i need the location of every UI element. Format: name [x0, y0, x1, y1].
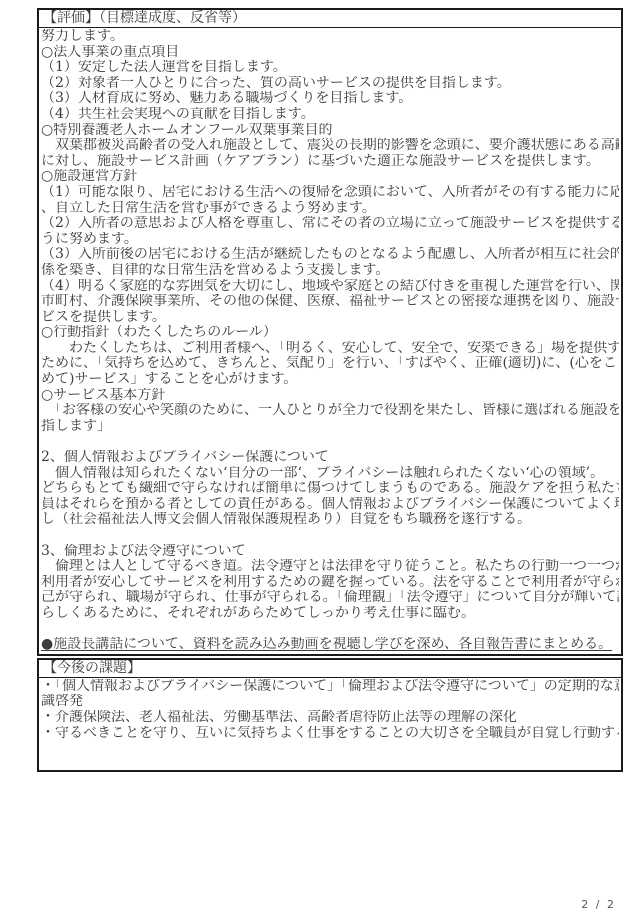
evaluation-content: 努力します。○法人事業の重点項目（1）安定した法人運営を目指します。（2）対象者… — [39, 28, 621, 654]
text-line: らしくあるために、それぞれがあらためてしっかり考え仕事に臨む。 — [41, 606, 619, 622]
text-line: （3）入所前後の居宅における生活が継続したものとなるよう配慮し、入所者が相互に社… — [41, 247, 619, 263]
text-line: 「お客様の安心や笑顔のために、一人ひとりが全力で役割を果たし、皆様に選ばれる施設… — [41, 403, 619, 419]
text-line — [41, 528, 619, 544]
text-line: 倫理とは人として守るべき道。法令遵守とは法律を守り従うこと。私たちの行動一つ一つ… — [41, 559, 619, 575]
text-line — [41, 622, 619, 638]
director-lecture-note: ●施設長講話について、資料を読み込み動画を視聴し学びを深め、各自報告書にまとめる… — [41, 637, 619, 653]
text-line: （2）入所者の意思および人格を尊重し、常にその者の立場に立って施設サービスを提供… — [41, 216, 619, 232]
text-line: ○行動指針（わたくしたちのルール） — [41, 325, 619, 341]
text-line: ○法人事業の重点項目 — [41, 45, 619, 61]
text-line: 、自立した日常生活を営む事ができるよう努めます。 — [41, 201, 619, 217]
text-line: （3）人材育成に努め、魅力ある職場づくりを目指します。 — [41, 91, 619, 107]
document-page: 【評価】（目標達成度、反省等） 努力します。○法人事業の重点項目（1）安定した法… — [0, 0, 642, 917]
evaluation-lines: 努力します。○法人事業の重点項目（1）安定した法人運営を目指します。（2）対象者… — [41, 29, 619, 637]
text-line: めて)サービス」することを心がけます。 — [41, 372, 619, 388]
text-line: どちらもとても繊細で守らなければ簡単に傷つけてしまうものである。施設ケアを担う私… — [41, 481, 619, 497]
text-line: ○サービス基本方針 — [41, 388, 619, 404]
text-line: 努力します。 — [41, 29, 619, 45]
text-line: （4）共生社会実現への貢献を目指します。 — [41, 107, 619, 123]
page-number: 2 / 2 — [581, 898, 616, 911]
text-line: わたくしたちは、ご利用者様へ、「明るく、安心して、安全で、安楽できる」場を提供す… — [41, 341, 619, 357]
text-line: ・守るべきことを守り、互いに気持ちよく仕事をすることの大切さを全職員が自覚し行動… — [41, 726, 619, 742]
text-line: （1）可能な限り、居宅における生活への復帰を念頭において、入所者がその有する能力… — [41, 185, 619, 201]
text-line: 双葉郡被災高齢者の受入れ施設として、震災の長期的影響を念頭に、要介護状態にある高… — [41, 138, 619, 154]
future-issues-lines: ・「個人情報およびプライバシー保護について」「倫理および法令遵守について」の定期… — [41, 679, 619, 741]
text-line: ○施設運営方針 — [41, 169, 619, 185]
text-line: 個人情報は知られたくない‘自分の一部‘、プライバシーは触れられたくない‘心の領域… — [41, 466, 619, 482]
future-issues-section: 【今後の課題】 ・「個人情報およびプライバシー保護について」「倫理および法令遵守… — [37, 658, 623, 772]
text-line: ○特別養護老人ホームオンフール双葉事業目的 — [41, 123, 619, 139]
text-line: うに努めます。 — [41, 232, 619, 248]
text-line: 利用者が安心してサービスを利用するための鍵を握っている。法を守ることで利用者が守… — [41, 575, 619, 591]
text-line: 係を築き、自律的な日常生活を営めるよう支援します。 — [41, 263, 619, 279]
future-issues-content: ・「個人情報およびプライバシー保護について」「倫理および法令遵守について」の定期… — [39, 678, 621, 770]
evaluation-header: 【評価】（目標達成度、反省等） — [39, 10, 621, 28]
text-line: （4）明るく家庭的な雰囲気を大切にし、地域や家庭との結び付きを重視した運営を行い… — [41, 279, 619, 295]
text-line: 3、倫理および法令遵守について — [41, 544, 619, 560]
text-line: 2、個人情報およびプライバシー保護について — [41, 450, 619, 466]
text-line: ・介護保険法、老人福祉法、労働基準法、高齢者虐待防止法等の理解の深化 — [41, 710, 619, 726]
text-line: 員はそれらを預かる者としての責任がある。個人情報およびプライバシー保護についてよ… — [41, 497, 619, 513]
text-line: 己が守られ、職場が守られ、仕事が守られる。「倫理観」「法令遵守」について自分が輝… — [41, 590, 619, 606]
text-line: ビスを提供します。 — [41, 310, 619, 326]
text-line — [41, 434, 619, 450]
evaluation-section: 【評価】（目標達成度、反省等） 努力します。○法人事業の重点項目（1）安定した法… — [37, 8, 623, 656]
text-line: ために、「気持ちを込めて、きちんと、気配り」を行い、「すばやく、正確(適切)に、… — [41, 356, 619, 372]
text-line: 識啓発 — [41, 694, 619, 710]
text-line: （1）安定した法人運営を目指します。 — [41, 60, 619, 76]
text-line: ・「個人情報およびプライバシー保護について」「倫理および法令遵守について」の定期… — [41, 679, 619, 695]
future-issues-header: 【今後の課題】 — [39, 660, 621, 678]
text-line: し（社会福祉法人博文会個人情報保護規程あり）自覚をもち職務を遂行する。 — [41, 512, 619, 528]
text-line: （2）対象者一人ひとりに合った、質の高いサービスの提供を目指します。 — [41, 76, 619, 92]
text-line: 市町村、介護保険事業所、その他の保健、医療、福祉サービスとの密接な連携を図り、施… — [41, 294, 619, 310]
text-line: 指します」 — [41, 419, 619, 435]
text-line: に対し、施設サービス計画（ケアプラン）に基づいた適正な施設サービスを提供します。 — [41, 154, 619, 170]
